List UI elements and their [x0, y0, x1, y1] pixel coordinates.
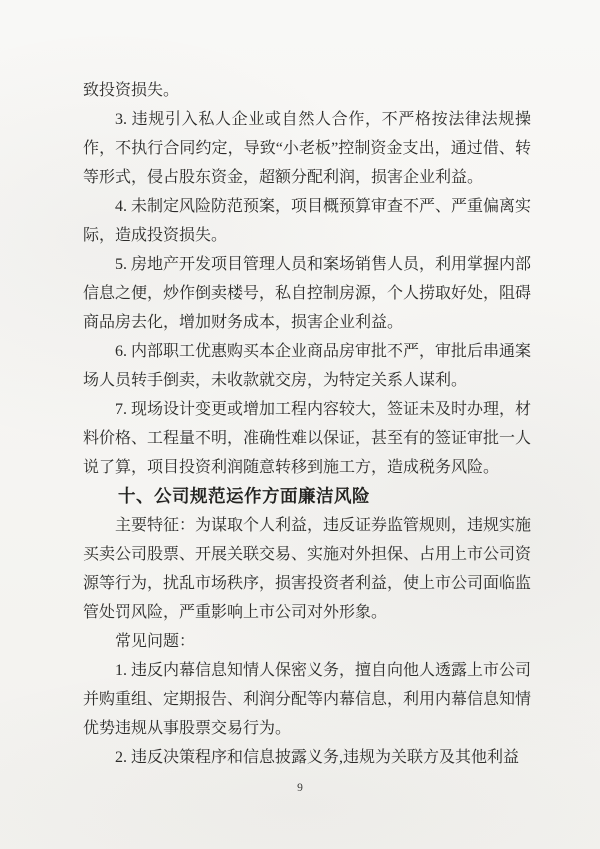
paragraph: 6. 内部职工优惠购买本企业商品房审批不严，审批后串通案场人员转手倒卖，未收款就… — [83, 337, 531, 395]
paragraph: 3. 违规引入私人企业或自然人合作，不严格按法律法规操作，不执行合同约定，导致“… — [83, 105, 531, 192]
paragraph: 主要特征：为谋取个人利益，违反证券监管规则，违规实施买卖公司股票、开展关联交易、… — [83, 511, 531, 627]
paragraph: 2. 违反决策程序和信息披露义务,违规为关联方及其他利益 — [83, 743, 531, 772]
document-page: 致投资损失。3. 违规引入私人企业或自然人合作，不严格按法律法规操作，不执行合同… — [0, 0, 600, 849]
page-number: 9 — [297, 782, 303, 794]
paragraph: 4. 未制定风险防范预案，项目概预算审查不严、严重偏离实际，造成投资损失。 — [83, 192, 531, 250]
section-heading: 十、公司规范运作方面廉洁风险 — [83, 482, 531, 511]
paragraph: 1. 违反内幕信息知情人保密义务，擅自向他人透露上市公司并购重组、定期报告、利润… — [83, 656, 531, 743]
paragraph: 5. 房地产开发项目管理人员和案场销售人员，利用掌握内部信息之便，炒作倒卖楼号，… — [83, 250, 531, 337]
page-footer: 9 — [0, 778, 600, 796]
paragraph: 7. 现场设计变更或增加工程内容较大，签证未及时办理，材料价格、工程量不明，准确… — [83, 395, 531, 482]
paragraph: 致投资损失。 — [83, 76, 531, 105]
document-content: 致投资损失。3. 违规引入私人企业或自然人合作，不严格按法律法规操作，不执行合同… — [83, 76, 531, 772]
paragraph: 常见问题： — [83, 627, 531, 656]
